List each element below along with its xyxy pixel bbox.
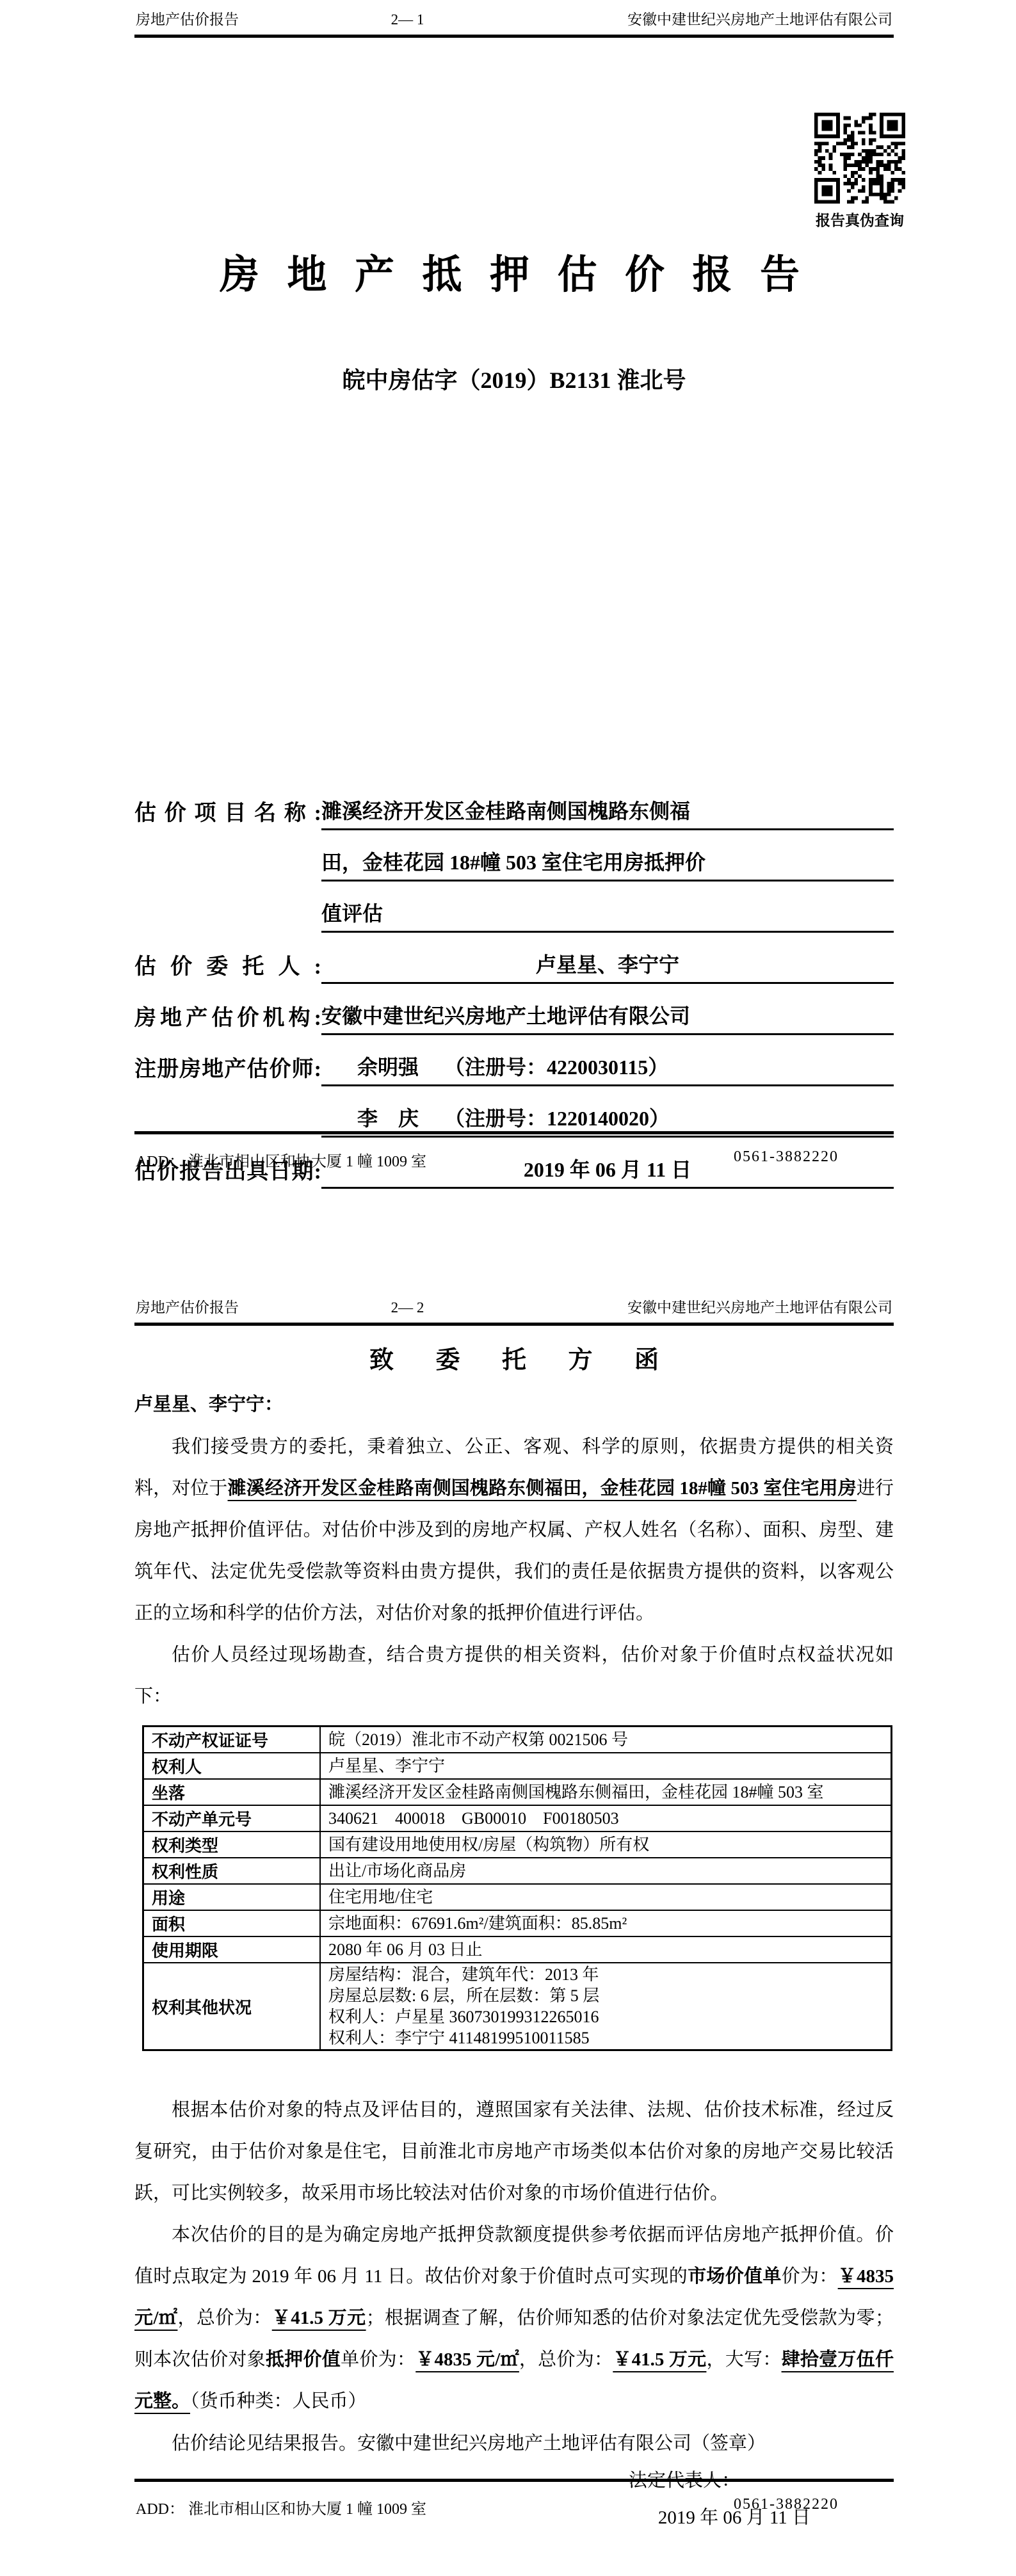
- field-agency-row: 房地产估价机构: 安徽中建世纪兴房地产土地评估有限公司: [134, 984, 894, 1035]
- text-segment: ，总价为：: [519, 2349, 613, 2370]
- row-value-line: 房屋结构：混合，建筑年代：2013 年: [328, 1964, 883, 1985]
- table-row: 权利类型国有建设用地使用权/房屋（构筑物）所有权: [143, 1831, 892, 1858]
- row-label: 权利人: [143, 1753, 321, 1779]
- cover-fields: 估价项目名称: 濉溪经济开发区金桂路南侧国槐路东侧福 田，金桂花园 18#幢 5…: [134, 779, 894, 1189]
- field-value-project-line3: 值评估: [321, 898, 894, 933]
- row-label: 面积: [143, 1910, 321, 1936]
- table-row: 不动产权证证号皖（2019）淮北市不动产权第 0021506 号: [143, 1727, 892, 1753]
- text-segment: 进行房地产抵押价值评估。对估价中涉及到的房地产权属、产权人姓名（名称）、面积、房…: [134, 1478, 894, 1623]
- row-value: 房屋结构：混合，建筑年代：2013 年房屋总层数: 6 层，所在层数：第 5 层…: [320, 1963, 892, 2050]
- footer-phone: 0561-3882220: [734, 2496, 894, 2518]
- footer-address: ADD： 淮北市相山区和协大厦 1 幢 1009 室: [136, 1148, 426, 1171]
- footer-address: ADD： 淮北市相山区和协大厦 1 幢 1009 室: [136, 2496, 426, 2518]
- row-value: 濉溪经济开发区金桂路南侧国槐路东侧福田，金桂花园 18#幢 503 室: [320, 1779, 892, 1805]
- row-value-line: 卢星星、李宁宁: [328, 1755, 883, 1776]
- table-row: 不动产单元号340621 400018 GB00010 F00180503: [143, 1805, 892, 1831]
- text-segment: 濉溪经济开发区金桂路南侧国槐路东侧福田，金桂花园 18#幢 503 室住宅用房: [228, 1478, 857, 1499]
- salutation: 卢星星、李宁宁：: [134, 1390, 894, 1419]
- page-1-cover: 房地产估价报告 2— 1 安徽中建世纪兴房地产土地评估有限公司 报告真伪查询 房…: [0, 0, 1016, 1288]
- report-number: 皖中房估字（2019）B2131 淮北号: [134, 362, 894, 395]
- row-label: 坐落: [143, 1779, 321, 1805]
- row-value-line: 2080 年 06 月 03 日止: [328, 1939, 883, 1960]
- table-row: 面积宗地面积：67691.6m²/建筑面积：85.85m²: [143, 1910, 892, 1936]
- closing-line: 估价结论见结果报告。安徽中建世纪兴房地产土地评估有限公司（签章）: [134, 2425, 894, 2462]
- table-row: 权利其他状况房屋结构：混合，建筑年代：2013 年房屋总层数: 6 层，所在层数…: [143, 1963, 892, 2050]
- header-company-name: 安徽中建世纪兴房地产土地评估有限公司: [627, 10, 892, 29]
- row-value: 住宅用地/住宅: [320, 1884, 892, 1910]
- field-project-name-row1: 估价项目名称: 濉溪经济开发区金桂路南侧国槐路东侧福: [134, 779, 894, 830]
- paragraph-valuation-result: 本次估价的目的是为确定房地产抵押贷款额度提供参考依据而评估房地产抵押价值。价值时…: [134, 2214, 894, 2422]
- row-label: 用途: [143, 1884, 321, 1910]
- page-footer: ADD： 淮北市相山区和协大厦 1 幢 1009 室 0561-3882220: [134, 1131, 894, 1189]
- field-value-client: 卢星星、李宁宁: [321, 949, 894, 984]
- page-header: 房地产估价报告 2— 1 安徽中建世纪兴房地产土地评估有限公司: [134, 0, 894, 38]
- row-value: 宗地面积：67691.6m²/建筑面积：85.85m²: [320, 1910, 892, 1936]
- field-value-project-line2: 田，金桂花园 18#幢 503 室住宅用房抵押价: [321, 846, 894, 881]
- row-value-line: 皖（2019）淮北市不动产权第 0021506 号: [328, 1729, 883, 1750]
- letter-title: 致 委 托 方 函: [134, 1340, 894, 1375]
- row-value: 皖（2019）淮北市不动产权第 0021506 号: [320, 1727, 892, 1753]
- text-segment: ，总价为：: [177, 2308, 271, 2328]
- text-segment: （货币种类：人民币）: [190, 2391, 367, 2411]
- row-value-line: 权利人：卢星星 360730199312265016: [328, 2006, 883, 2027]
- header-page-number: 2— 1: [391, 10, 424, 29]
- header-company-name: 安徽中建世纪兴房地产土地评估有限公司: [627, 1298, 892, 1317]
- header-doc-type: 房地产估价报告: [136, 1298, 239, 1317]
- text-segment: ￥4835 元/㎡: [415, 2349, 519, 2370]
- field-value-project-line1: 濉溪经济开发区金桂路南侧国槐路东侧福: [321, 795, 894, 830]
- qr-code: [814, 113, 905, 204]
- row-label: 权利性质: [143, 1858, 321, 1884]
- field-project-name-row2: 田，金桂花园 18#幢 503 室住宅用房抵押价: [134, 830, 894, 881]
- field-label-spacer: [134, 878, 321, 881]
- text-segment: 市场价值单: [688, 2266, 782, 2287]
- text-segment: 价为：: [782, 2266, 838, 2287]
- row-value-line: 住宅用地/住宅: [328, 1887, 883, 1908]
- row-value: 国有建设用地使用权/房屋（构筑物）所有权: [320, 1831, 892, 1858]
- page-header: 房地产估价报告 2— 2 安徽中建世纪兴房地产土地评估有限公司: [134, 1288, 894, 1326]
- field-label-project: 估价项目名称:: [134, 795, 321, 830]
- row-value: 340621 400018 GB00010 F00180503: [320, 1805, 892, 1831]
- row-value-line: 出让/市场化商品房: [328, 1860, 883, 1881]
- qr-verification-block: 报告真伪查询: [812, 113, 908, 230]
- field-client-row: 估价委托人: 卢星星、李宁宁: [134, 933, 894, 984]
- table-row: 使用期限2080 年 06 月 03 日止: [143, 1936, 892, 1963]
- row-value-line: 340621 400018 GB00010 F00180503: [328, 1808, 883, 1829]
- report-title: 房 地 产 抵 押 估 价 报 告: [134, 243, 894, 300]
- text-segment: 抵押价值: [266, 2349, 341, 2370]
- paragraph-engagement: 我们接受贵方的委托，秉着独立、公正、客观、科学的原则，依据贵方提供的相关资料，对…: [134, 1426, 894, 1634]
- text-segment: ￥41.5 万元: [613, 2349, 706, 2370]
- row-value-line: 房屋总层数: 6 层，所在层数：第 5 层: [328, 1985, 883, 2006]
- header-page-number: 2— 2: [391, 1298, 424, 1317]
- field-label-spacer: [134, 929, 321, 933]
- footer-phone: 0561-3882220: [734, 1148, 894, 1171]
- row-label: 权利其他状况: [143, 1963, 321, 2050]
- header-doc-type: 房地产估价报告: [136, 10, 239, 29]
- table-row: 权利人卢星星、李宁宁: [143, 1753, 892, 1779]
- row-value-line: 濉溪经济开发区金桂路南侧国槐路东侧福田，金桂花园 18#幢 503 室: [328, 1782, 883, 1803]
- field-project-name-row3: 值评估: [134, 881, 894, 933]
- row-value-line: 宗地面积：67691.6m²/建筑面积：85.85m²: [328, 1913, 883, 1934]
- table-row: 坐落濉溪经济开发区金桂路南侧国槐路东侧福田，金桂花园 18#幢 503 室: [143, 1779, 892, 1805]
- paragraph-inspection: 估价人员经过现场勘查，结合贵方提供的相关资料，估价对象于价值时点权益状况如下：: [134, 1634, 894, 1718]
- table-row: 用途住宅用地/住宅: [143, 1884, 892, 1910]
- field-label-appraiser: 注册房地产估价师:: [134, 1051, 321, 1086]
- text-segment: 单价为：: [341, 2349, 415, 2370]
- table-row: 权利性质出让/市场化商品房: [143, 1858, 892, 1884]
- row-value-line: 国有建设用地使用权/房屋（构筑物）所有权: [328, 1834, 883, 1855]
- row-label: 权利类型: [143, 1831, 321, 1858]
- property-rights-table: 不动产权证证号皖（2019）淮北市不动产权第 0021506 号权利人卢星星、李…: [142, 1725, 892, 2051]
- field-label-agency: 房地产估价机构:: [134, 1000, 321, 1035]
- page-2-letter: 房地产估价报告 2— 2 安徽中建世纪兴房地产土地评估有限公司 致 委 托 方 …: [0, 1288, 1016, 2576]
- row-label: 不动产单元号: [143, 1805, 321, 1831]
- row-label: 不动产权证证号: [143, 1727, 321, 1753]
- row-value: 卢星星、李宁宁: [320, 1753, 892, 1779]
- row-label: 使用期限: [143, 1936, 321, 1963]
- page-footer: ADD： 淮北市相山区和协大厦 1 幢 1009 室 0561-3882220: [134, 2479, 894, 2536]
- row-value-line: 权利人：李宁宁 41148199510011585: [328, 2027, 883, 2049]
- field-label-client: 估价委托人:: [134, 949, 321, 984]
- row-value: 出让/市场化商品房: [320, 1858, 892, 1884]
- text-segment: ，大写：: [706, 2349, 781, 2370]
- field-value-appraiser-1: 余明强 （注册号：4220030115）: [321, 1051, 894, 1086]
- field-appraiser-row1: 注册房地产估价师: 余明强 （注册号：4220030115）: [134, 1035, 894, 1086]
- qr-caption: 报告真伪查询: [812, 209, 908, 230]
- field-appraiser-row2: 李 庆 （注册号：1220140020）: [134, 1086, 894, 1138]
- text-segment: ￥41.5 万元: [272, 2308, 366, 2328]
- row-value: 2080 年 06 月 03 日止: [320, 1936, 892, 1963]
- paragraph-method: 根据本估价对象的特点及评估目的，遵照国家有关法律、法规、估价技术标准，经过反复研…: [134, 2089, 894, 2214]
- field-value-agency: 安徽中建世纪兴房地产土地评估有限公司: [321, 1000, 894, 1035]
